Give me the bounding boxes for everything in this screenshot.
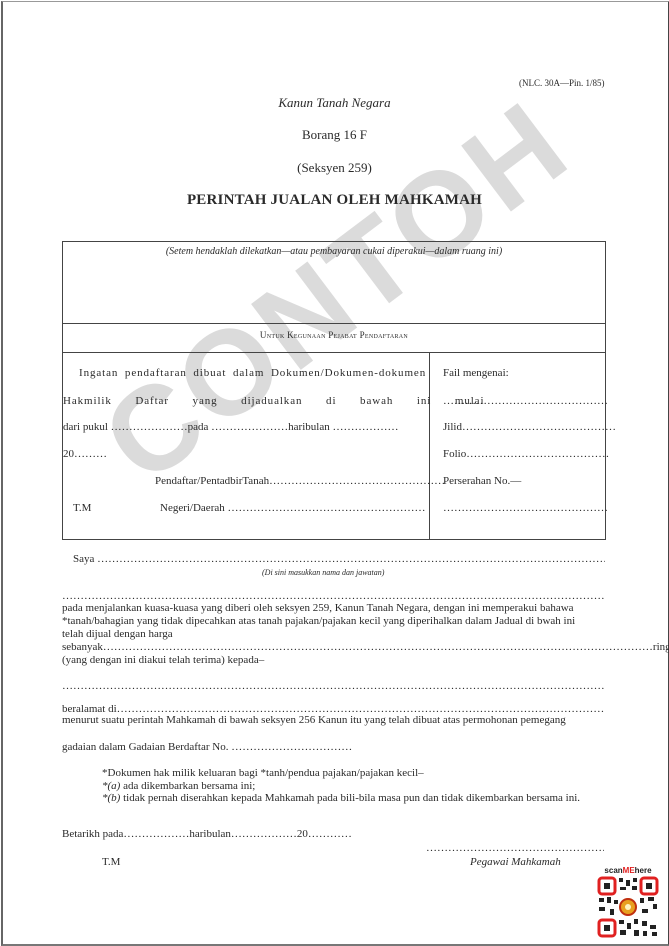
registration-year-field[interactable]: 20……… — [63, 448, 107, 460]
option-b: *(b) tidak pernah diserahkan kepada Mahk… — [102, 792, 580, 804]
document-title: PERINTAH JUALAN OLEH MAHKAMAH — [0, 192, 669, 209]
option-a-mark: *(a) — [102, 780, 120, 792]
section-number: (Seksyen 259) — [0, 160, 669, 176]
name-note: (Di sini masukkan nama dan jawatan) — [262, 568, 384, 577]
folio-field[interactable]: Folio………………………………… — [443, 448, 609, 460]
file-label: Fail mengenai: — [443, 367, 509, 379]
paragraph-1: pada menjalankan kuasa-kuasa yang diberi… — [62, 602, 574, 614]
registrar-signature-field[interactable]: Pendaftar/PentadbirTanah………………………………………… — [155, 475, 445, 487]
office-use-heading: Untuk Kegunaan Pejabat Pendaftaran — [63, 330, 605, 340]
stamp-note: (Setem hendaklah dilekatkan—atau pembaya… — [63, 246, 605, 257]
option-b-mark: *(b) — [102, 792, 120, 804]
form-reference: (NLC. 30A—Pin. 1/85) — [519, 78, 605, 88]
registration-line-1: Ingatan pendaftaran dibuat dalam Dokumen… — [79, 367, 426, 379]
qr-label: scanMEhere — [596, 866, 660, 875]
volume-field[interactable]: Jilid…………………………………… — [443, 421, 616, 433]
column-divider — [429, 352, 430, 539]
option-b-text: tidak pernah diserahkan kepada Mahkamah … — [120, 792, 580, 804]
presentation-field[interactable]: ……………………………………… — [443, 502, 608, 514]
signature-field[interactable]: …………………………………………………… — [426, 842, 604, 854]
document-note: *Dokumen hak milik keluaran bagi *tanh/p… — [102, 767, 424, 779]
registration-box: (Setem hendaklah dilekatkan—atau pembaya… — [62, 241, 606, 540]
name-field[interactable]: Saya ……………………………………………………………………………………………… — [73, 553, 605, 565]
option-a-text: ada dikembarkan bersama ini; — [120, 780, 255, 792]
registration-time-field[interactable]: dari pukul …………………pada …………………haribulan … — [63, 421, 398, 433]
buyer-field[interactable]: …………………………………………………………………………………………………………… — [62, 680, 604, 692]
divider — [63, 323, 605, 324]
divider — [63, 352, 605, 353]
state-district-field[interactable]: Negeri/Daerah ……………………………………………… — [160, 502, 426, 514]
qr-pattern-icon — [596, 875, 660, 939]
file-field[interactable]: ……………………………………… — [443, 395, 608, 407]
form-number: Borang 16 F — [0, 127, 669, 143]
presentation-label: Perserahan No.— — [443, 475, 521, 487]
qr-code[interactable]: scanMEhere — [596, 866, 660, 942]
date-field[interactable]: Betarikh pada………………haribulan………………20………… — [62, 828, 352, 840]
paragraph-2: *tanah/bahagian yang tidak dipecahkan at… — [62, 615, 575, 627]
option-a: *(a) ada dikembarkan bersama ini; — [102, 780, 255, 792]
paragraph-3: telah dijual dengan harga — [62, 628, 173, 640]
seal-label: T.M — [102, 856, 120, 868]
charge-number-field[interactable]: gadaian dalam Gadaian Berdaftar No. …………… — [62, 741, 352, 753]
paragraph-5: (yang dengan ini diakui telah terima) ke… — [62, 654, 264, 666]
act-name: Kanun Tanah Negara — [0, 95, 669, 111]
price-field[interactable]: sebanyak……………………………………………………………………………………… — [62, 641, 669, 653]
paragraph-6: menurut suatu perintah Mahkamah di bawah… — [62, 714, 566, 726]
name-field-continued[interactable]: …………………………………………………………………………………………………………… — [62, 590, 604, 602]
registration-line-2: Hakmilik Daftar yang dijadualkan di bawa… — [63, 395, 484, 407]
officer-label: Pegawai Mahkamah — [470, 856, 561, 868]
seal-label: T.M — [73, 502, 91, 514]
